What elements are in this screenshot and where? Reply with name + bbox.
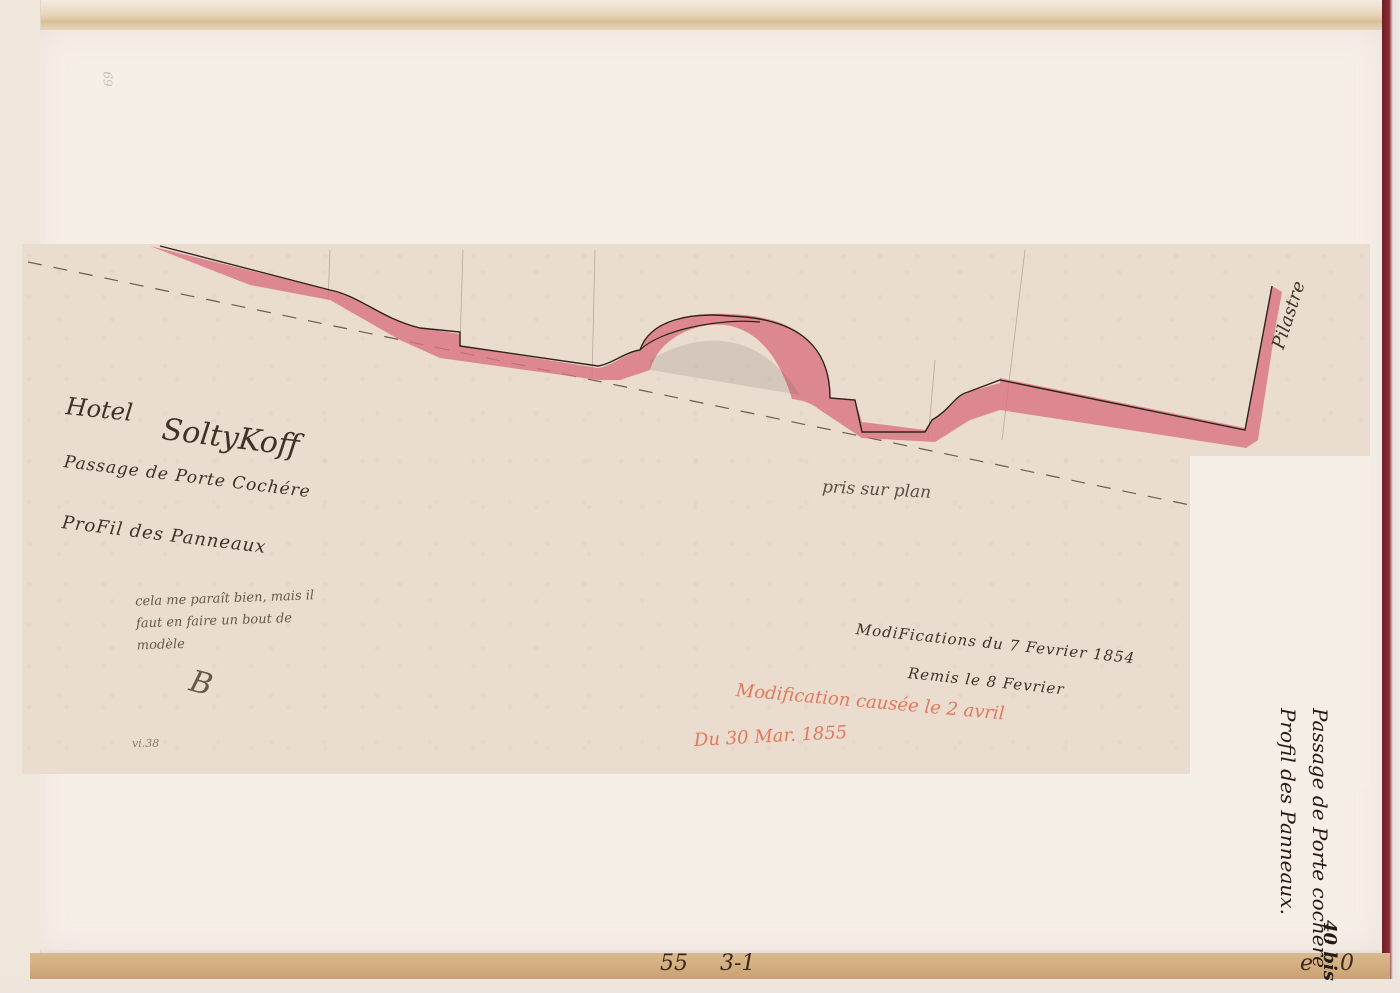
panel-profile-drawing <box>0 0 1400 993</box>
album-caption: Passage de Porte cochère Profil des Pann… <box>1250 700 1350 960</box>
caption-number: 40 bis <box>1319 920 1340 981</box>
caption-line-2: Profil des Panneaux. <box>1276 708 1300 915</box>
reference-number: vi.38 <box>132 737 159 750</box>
pencil-annotation: cela me paraît bien, mais il faut en fai… <box>135 585 337 658</box>
